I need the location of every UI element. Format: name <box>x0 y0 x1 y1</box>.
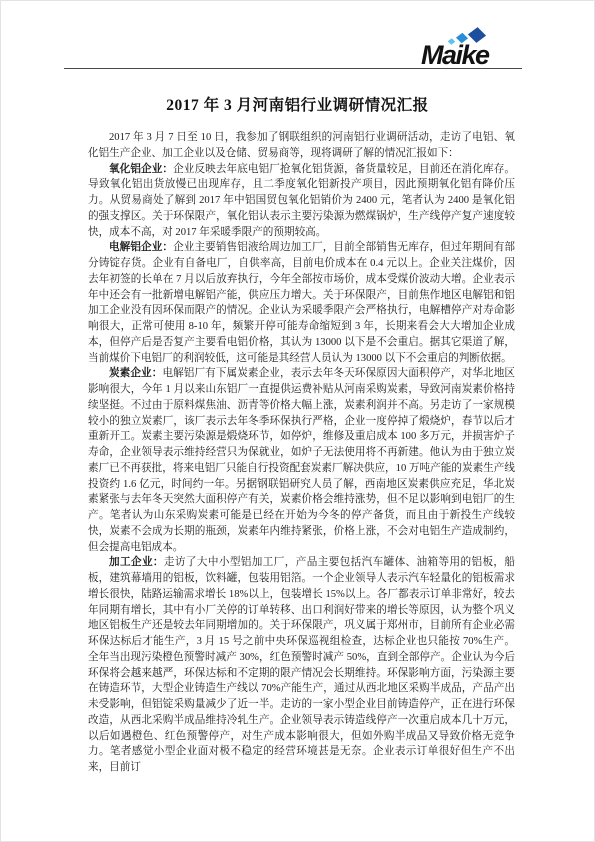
paragraph-alumina-enterprises: 氧化铝企业：企业反映去年底电铝厂抢氧化铝货源，备货量较足，目前还在消化库存。导致… <box>88 162 515 241</box>
paragraph-carbon-enterprises: 炭素企业：电解铝厂有下属炭素企业，表示去年冬天环保原因大面积停产，对华北地区影响… <box>88 366 515 555</box>
paragraph-text: 电解铝厂有下属炭素企业，表示去年冬天环保原因大面积停产，对华北地区影响很大，今年… <box>88 368 515 552</box>
paragraph-processing-enterprises: 加工企业：走访了大中小型铝加工厂，产品主要包括汽车罐体、油箱等用的铝板，船板，建… <box>88 555 515 776</box>
paragraph-lead: 电解铝企业： <box>109 242 173 253</box>
paragraph-lead: 氧化铝企业： <box>109 164 173 175</box>
paragraph-lead: 加工企业： <box>109 557 164 568</box>
paragraph-intro: 2017 年 3 月 7 日至 10 日，我参加了钢联组织的河南铝行业调研活动，… <box>88 130 515 162</box>
page-title: 2017 年 3 月河南铝行业调研情况汇报 <box>1 93 594 115</box>
paragraph-text: 2017 年 3 月 7 日至 10 日，我参加了钢联组织的河南铝行业调研活动，… <box>88 132 515 159</box>
paragraph-electrolytic-aluminum-enterprises: 电解铝企业：企业主要销售铝液给周边加工厂，目前全部销售无库存，但过年期间有部分铸… <box>88 240 515 366</box>
logo-wordmark: Maike <box>421 42 489 69</box>
document-body: 2017 年 3 月 7 日至 10 日，我参加了钢联组织的河南铝行业调研活动，… <box>88 130 515 776</box>
paragraph-text: 走访了大中小型铝加工厂，产品主要包括汽车罐体、油箱等用的铝板，船板，建筑幕墙用的… <box>88 557 515 773</box>
paragraph-text: 企业主要销售铝液给周边加工厂，目前全部销售无库存，但过年期间有部分铸锭存货。企业… <box>88 242 515 363</box>
maike-logo: Maike <box>421 31 521 69</box>
document-page: Maike 2017 年 3 月河南铝行业调研情况汇报 2017 年 3 月 7… <box>0 0 595 842</box>
header-divider <box>64 68 522 69</box>
paragraph-lead: 炭素企业： <box>109 368 162 379</box>
